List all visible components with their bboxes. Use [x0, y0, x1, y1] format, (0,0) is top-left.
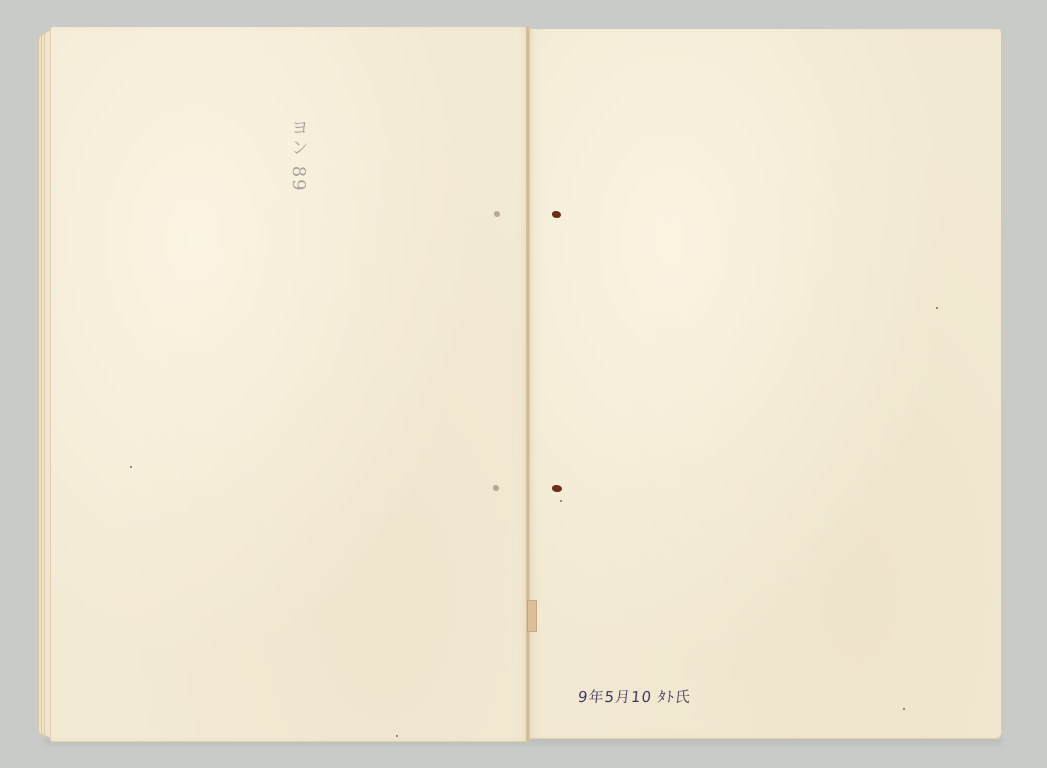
- paper-speck: [560, 500, 562, 502]
- staple-hole-mark: [494, 211, 500, 217]
- paper-speck: [130, 466, 132, 468]
- paper-speck: [936, 307, 938, 309]
- staple-hole: [552, 485, 562, 492]
- paper-speck: [903, 708, 905, 710]
- staple-hole-mark: [493, 485, 499, 491]
- ink-annotation: 9年5月10 ﾀﾄ氏: [577, 686, 692, 707]
- spine-tape: [527, 600, 537, 632]
- left-page: ヨン 89: [50, 27, 528, 742]
- spine-gutter: [526, 27, 530, 741]
- staple-hole: [552, 211, 561, 218]
- scan-stage: ヨン 89 9年5月10 ﾀﾄ氏: [0, 0, 1047, 768]
- pencil-annotation: ヨン 89: [269, 118, 309, 233]
- paper-speck: [396, 735, 398, 737]
- right-page: [529, 29, 1002, 739]
